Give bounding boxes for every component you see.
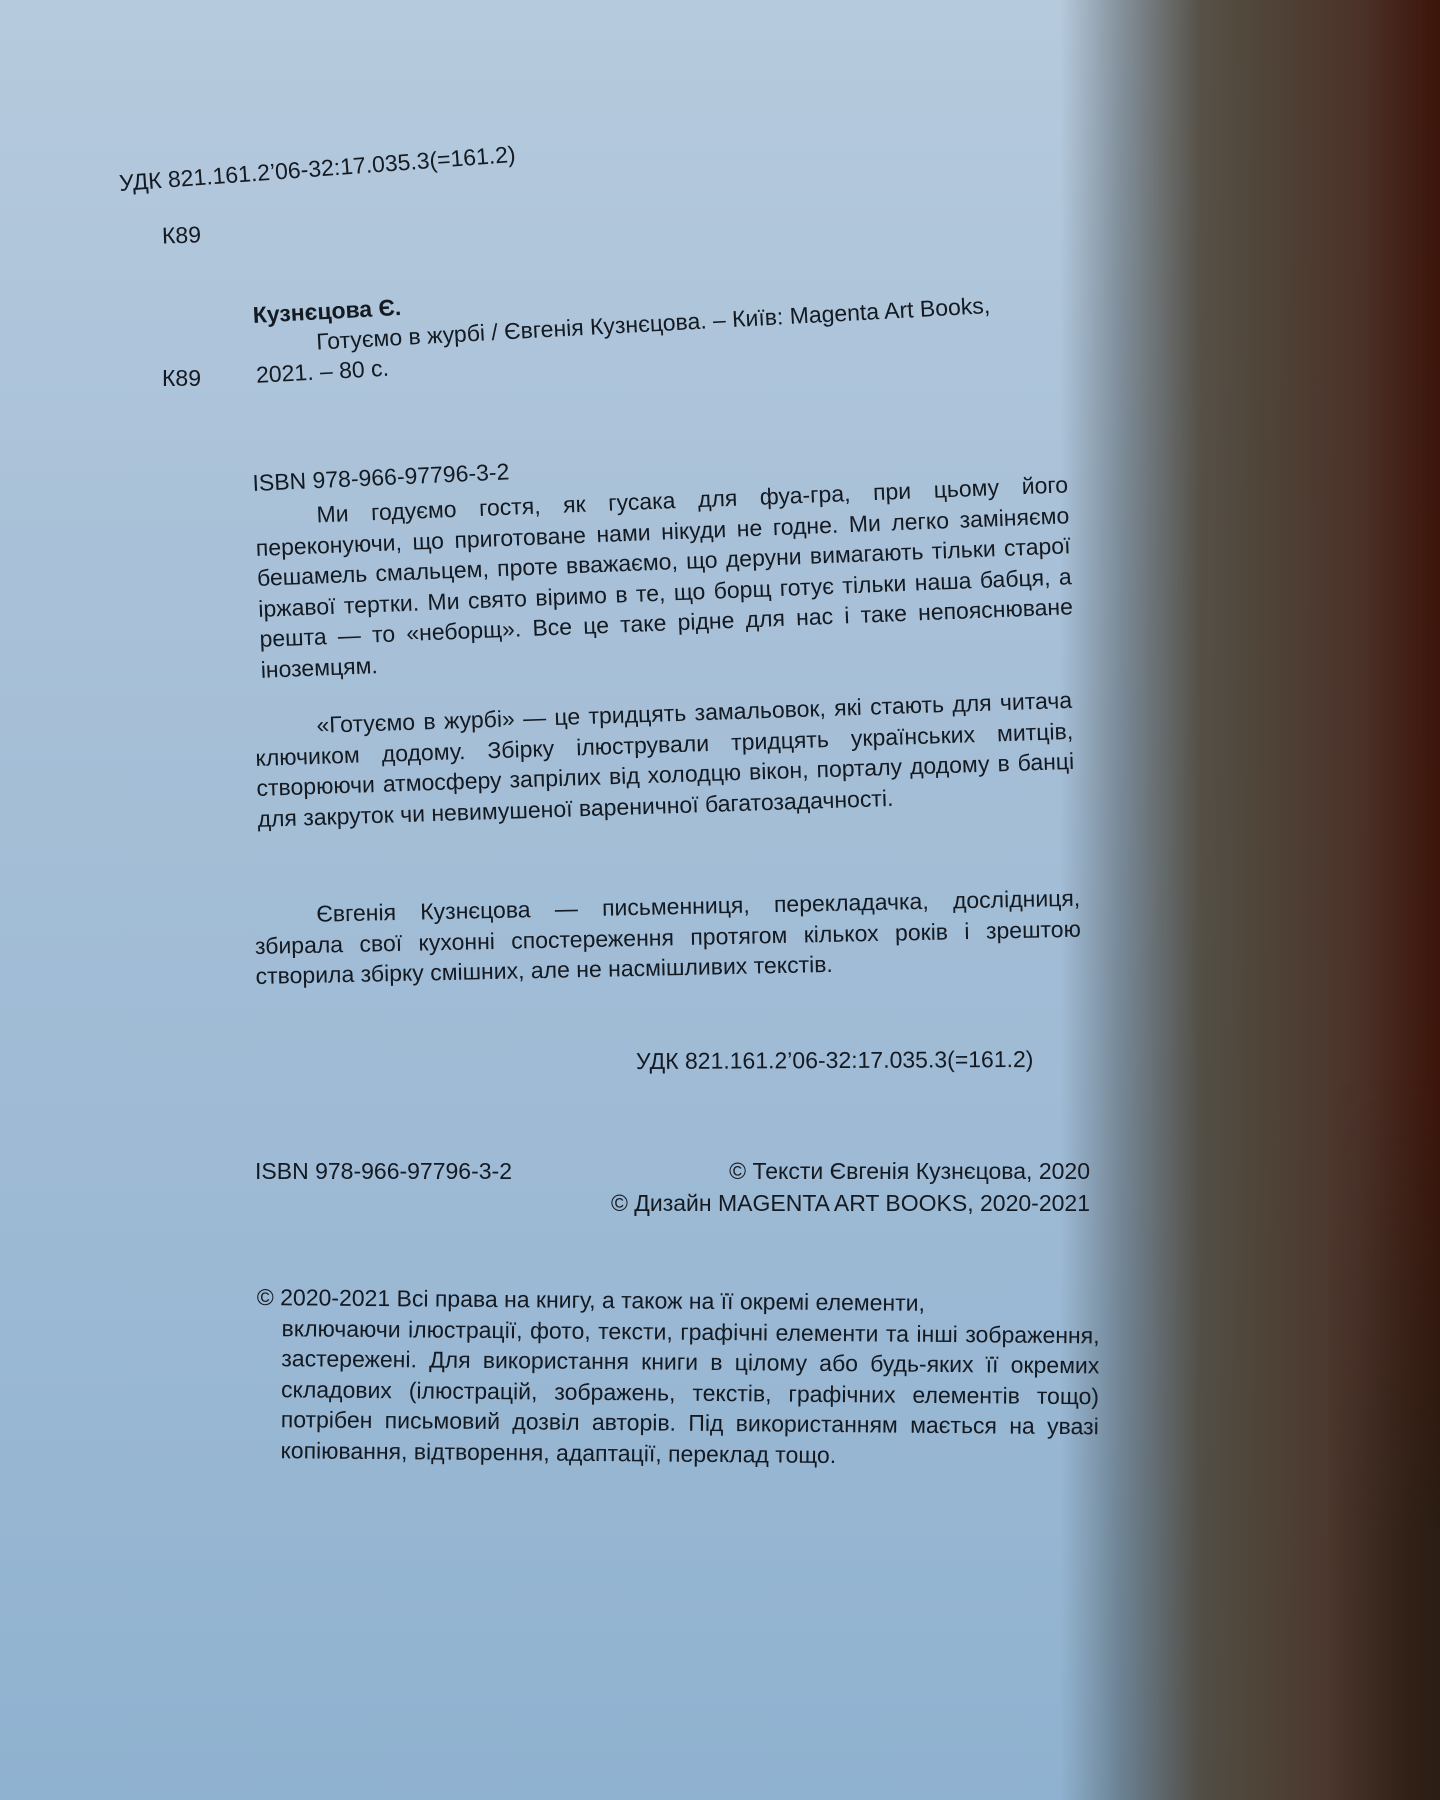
annotation-paragraph-2: «Готуємо в журбі» — це тридцять замальов… (254, 685, 1076, 834)
isbn-top: ISBN 978-966-97796-3-2 (252, 460, 510, 495)
udk-code-right: УДК 821.161.2’06-32:17.035.3(=161.2) (636, 1048, 1034, 1073)
rights-notice: © 2020-2021 Всі права на книгу, а також … (255, 1282, 1100, 1472)
paragraph-text: Ми годуємо гостя, як гусака для фуа-гра,… (254, 469, 1075, 685)
rights-notice-body: включаючи ілюстрації, фото, тексти, граф… (255, 1312, 1099, 1472)
paragraph-text: Євгенія Кузнєцова — письменниця, перекла… (254, 883, 1082, 992)
isbn-bottom: ISBN 978-966-97796-3-2 (255, 1160, 512, 1183)
bbk-code-top: К89 (162, 223, 202, 247)
bibliographic-record: Кузнєцова Є. Готуємо в журбі / Євгенія К… (252, 257, 1056, 390)
copyright-design: © Дизайн MAGENTA ART BOOKS, 2020-2021 (566, 1192, 1090, 1215)
udk-code-top: УДК 821.161.2’06-32:17.035.3(=161.2) (118, 143, 516, 195)
paragraph-text: «Готуємо в журбі» — це тридцять замальов… (254, 685, 1076, 834)
bbk-code-left: К89 (162, 367, 201, 390)
imprint-page: УДК 821.161.2’06-32:17.035.3(=161.2) К89… (0, 0, 1440, 1800)
copyright-texts: © Тексти Євгенія Кузнєцова, 2020 (672, 1160, 1090, 1183)
annotation-paragraph-1: Ми годуємо гостя, як гусака для фуа-гра,… (254, 469, 1075, 685)
annotation-paragraph-3: Євгенія Кузнєцова — письменниця, перекла… (254, 883, 1082, 992)
